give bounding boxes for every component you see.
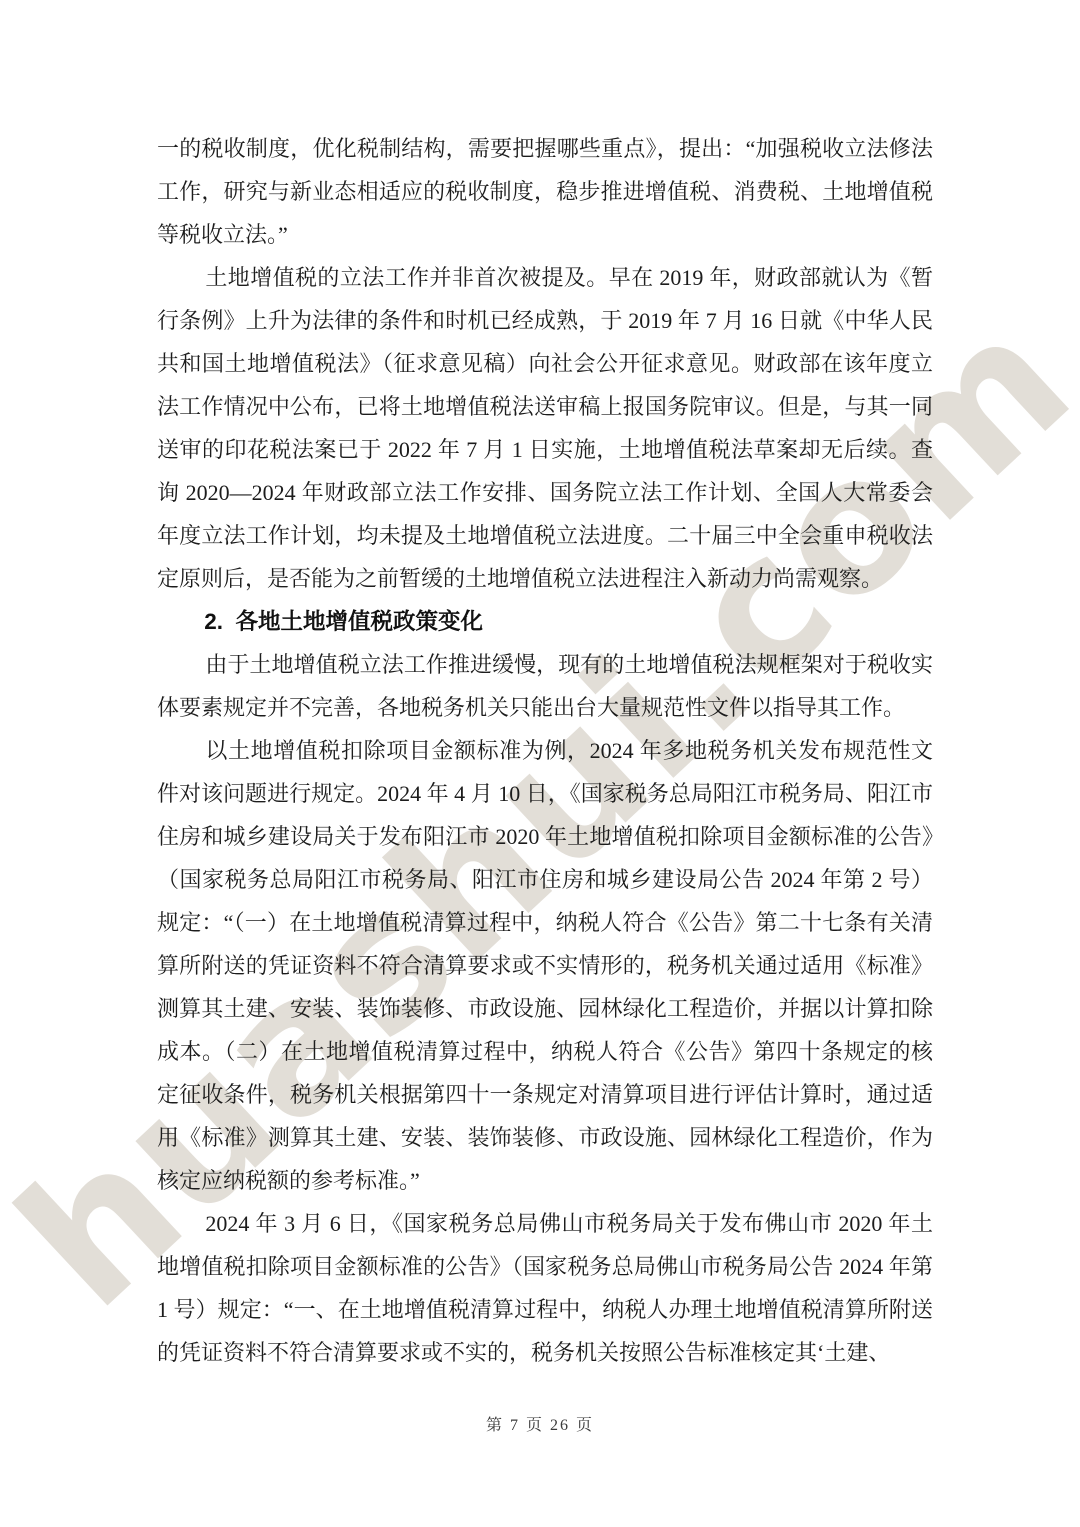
document-page: huashui.com 一的税收制度，优化税制结构，需要把握哪些重点》，提出：“… [0, 0, 1080, 1527]
paragraph-yangjiang-announcement: 以土地增值税扣除项目金额标准为例，2024 年多地税务机关发布规范性文件对该问题… [157, 729, 933, 1202]
section-heading-local-lvat-policy: 2. 各地土地增值税政策变化 [157, 600, 933, 643]
paragraph-policy-overview: 由于土地增值税立法工作推进缓慢，现有的土地增值税法规框架对于税收实体要素规定并不… [157, 643, 933, 729]
page-footer: 第 7 页 26 页 [0, 1412, 1080, 1435]
page-number-label: 第 7 页 26 页 [486, 1417, 594, 1434]
document-body: 一的税收制度，优化税制结构，需要把握哪些重点》，提出：“加强税收立法修法工作，研… [157, 127, 933, 1374]
paragraph-tax-system-continuation: 一的税收制度，优化税制结构，需要把握哪些重点》，提出：“加强税收立法修法工作，研… [157, 127, 933, 256]
paragraph-foshan-announcement: 2024 年 3 月 6 日，《国家税务总局佛山市税务局关于发布佛山市 2020… [157, 1202, 933, 1374]
paragraph-legislation-history: 土地增值税的立法工作并非首次被提及。早在 2019 年，财政部就认为《暂行条例》… [157, 256, 933, 600]
